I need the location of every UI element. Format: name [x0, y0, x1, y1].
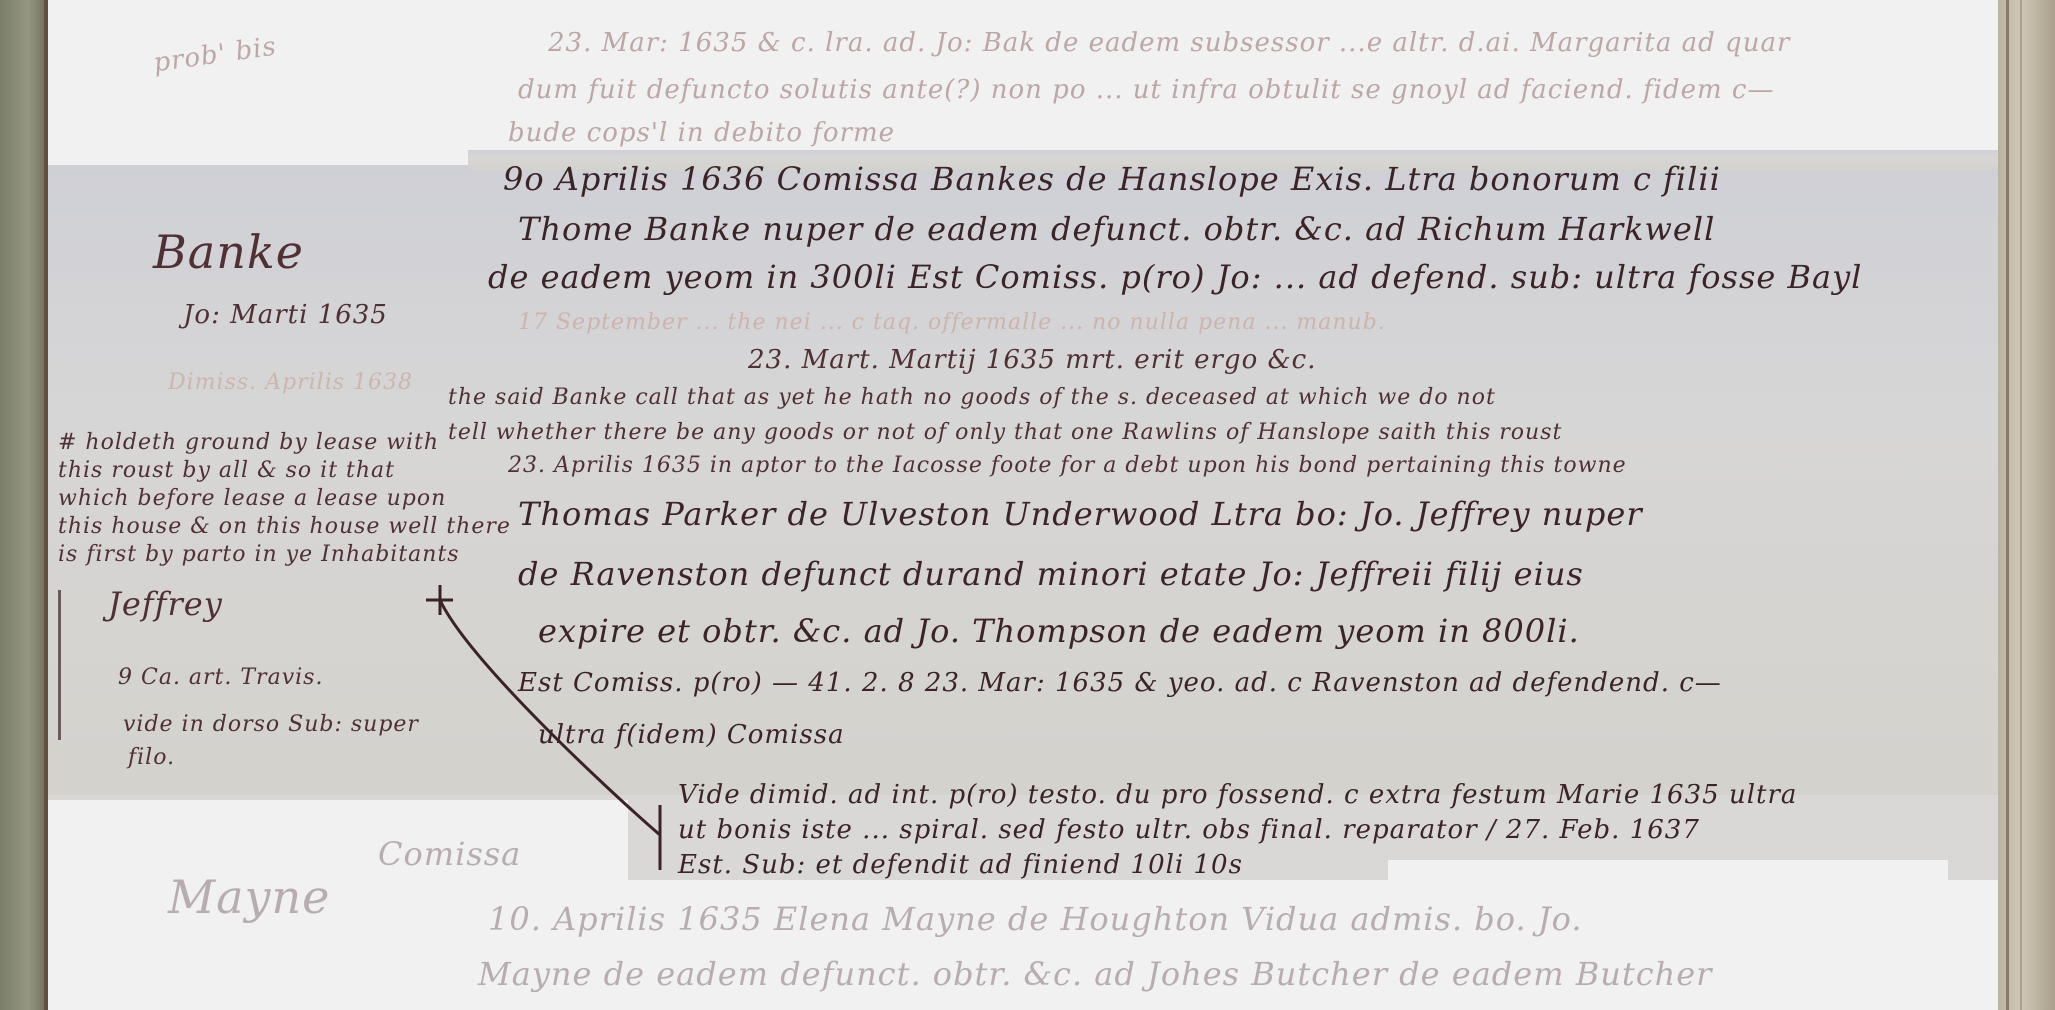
manuscript-page: prob' bis 23. Mar: 1635 & c. lra. ad. Jo…	[48, 0, 1998, 1010]
page-right-edge	[1998, 0, 2055, 1010]
book-binding-left	[0, 0, 48, 1010]
connector-stroke	[48, 0, 1998, 1010]
